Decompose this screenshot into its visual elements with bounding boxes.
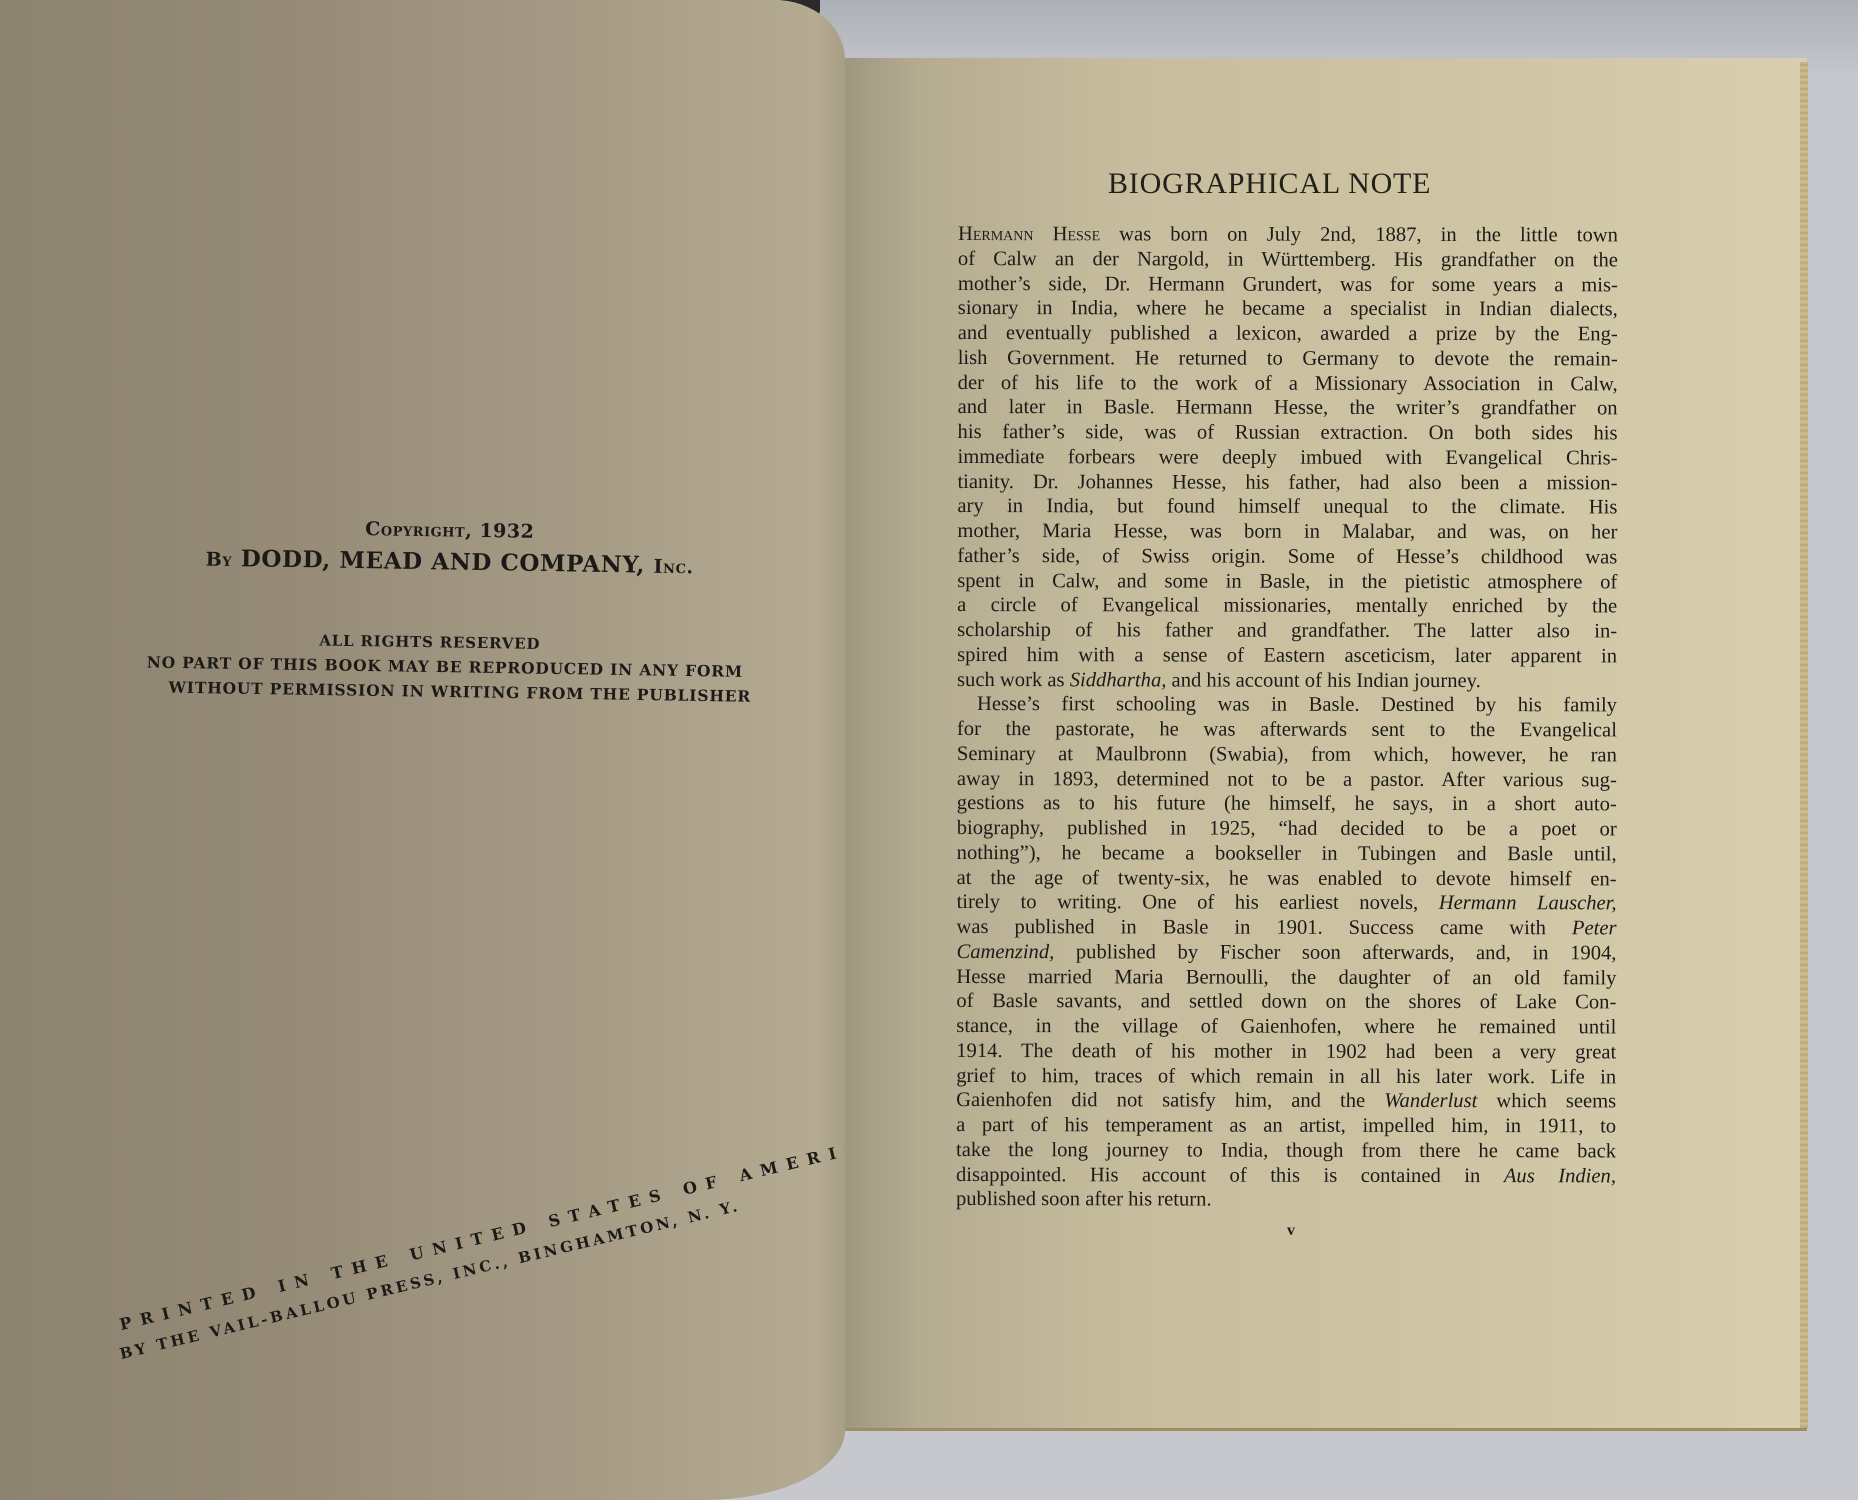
biographical-note-body: Hermann Hesse was born on July 2nd, 1887…	[956, 222, 1618, 1213]
text-line: lish Government. He returned to Germany …	[958, 346, 1618, 372]
copyright-line: Copyright, 1932	[100, 514, 800, 547]
text-line: and later in Basle. Hermann Hesse, the w…	[958, 395, 1618, 421]
italic-title: Peter	[1572, 917, 1617, 939]
italic-title: Siddhartha,	[1070, 669, 1167, 691]
text-line: nothing”), he became a bookseller in Tub…	[957, 841, 1617, 867]
rights-notice-line-2: WITHOUT PERMISSION IN WRITING FROM THE P…	[130, 677, 790, 706]
text-line: a part of his temperament as an artist, …	[956, 1113, 1616, 1139]
text-line: spent in Calw, and some in Basle, in the…	[957, 568, 1617, 594]
publisher-prefix: By	[206, 549, 233, 571]
text-line: der of his life to the work of a Mission…	[958, 370, 1618, 396]
text-line: and eventually published a lexicon, awar…	[958, 321, 1618, 347]
text-line: mother’s side, Dr. Hermann Grundert, was…	[958, 271, 1618, 297]
text-line: disappointed. His account of this is con…	[956, 1162, 1616, 1188]
text-line: stance, in the village of Gaienhofen, wh…	[956, 1014, 1616, 1040]
printer-line: BY THE VAIL-BALLOU PRESS, INC., BINGHAMT…	[118, 1197, 742, 1363]
text-line: gestions as to his future (he himself, h…	[957, 791, 1617, 817]
text-line: sionary in India, where he became a spec…	[958, 296, 1618, 322]
page-bottom-edge	[845, 1428, 1807, 1431]
italic-title: Camenzind,	[956, 941, 1054, 963]
author-name-smallcaps: Hermann Hesse	[958, 223, 1100, 245]
publisher-suffix: Inc.	[653, 556, 693, 579]
text-line: tirely to writing. One of his earliest n…	[957, 890, 1617, 916]
italic-title: Hermann Lauscher,	[1439, 892, 1617, 914]
text-line: grief to him, traces of which remain in …	[956, 1063, 1616, 1089]
text-line: tianity. Dr. Johannes Hesse, his father,…	[957, 469, 1617, 495]
page-title: BIOGRAPHICAL NOTE	[1108, 167, 1468, 201]
text-line: his father’s side, was of Russian extrac…	[958, 420, 1618, 446]
text-line: away in 1893, determined not to be a pas…	[957, 766, 1617, 792]
printed-in-line: PRINTED IN THE UNITED STATES OF AMERICA	[118, 1131, 845, 1334]
text-line: 1914. The death of his mother in 1902 ha…	[956, 1039, 1616, 1065]
text-line: a circle of Evangelical missionaries, me…	[957, 593, 1617, 619]
publisher-name: DODD, MEAD AND COMPANY,	[241, 545, 646, 578]
text-line: for the pastorate, he was afterwards sen…	[957, 717, 1617, 743]
rights-reserved: ALL RIGHTS RESERVED	[100, 628, 760, 656]
text-line: Hesse married Maria Bernoulli, the daugh…	[956, 964, 1616, 990]
text-line: mother, Maria Hesse, was born in Malabar…	[957, 519, 1617, 545]
text-line: Gaienhofen did not satisfy him, and the …	[956, 1088, 1616, 1114]
italic-title: Wanderlust	[1384, 1090, 1477, 1112]
text-line: Seminary at Maulbronn (Swabia), from whi…	[957, 742, 1617, 768]
text-line: scholarship of his father and grandfathe…	[957, 618, 1617, 644]
page-number: v	[1287, 1222, 1295, 1240]
text-line: father’s side, of Swiss origin. Some of …	[957, 544, 1617, 570]
text-line: at the age of twenty-six, he was enabled…	[957, 865, 1617, 891]
italic-title: Aus Indien,	[1504, 1165, 1616, 1187]
text-line: of Basle savants, and settled down on th…	[956, 989, 1616, 1015]
text-line: such work as Siddhartha, and his account…	[957, 667, 1617, 693]
text-line: Hesse’s first schooling was in Basle. De…	[957, 692, 1617, 718]
text-line: published soon after his return.	[956, 1187, 1616, 1213]
left-page-copyright: Copyright, 1932 By DODD, MEAD AND COMPAN…	[0, 0, 845, 1500]
deckled-page-edge	[1800, 62, 1808, 1428]
text-line: take the long journey to India, though f…	[956, 1138, 1616, 1164]
text-line: biography, published in 1925, “had decid…	[957, 816, 1617, 842]
text-line: spired him with a sense of Eastern ascet…	[957, 643, 1617, 669]
publisher-line: By DODD, MEAD AND COMPANY, Inc.	[100, 543, 800, 581]
text-line: ary in India, but found himself unequal …	[957, 494, 1617, 520]
text-line: Camenzind, published by Fischer soon aft…	[956, 940, 1616, 966]
text-line: was published in Basle in 1901. Success …	[956, 915, 1616, 941]
rights-notice-line-1: NO PART OF THIS BOOK MAY BE REPRODUCED I…	[115, 652, 775, 681]
text-line: immediate forbears were deeply imbued wi…	[957, 445, 1617, 471]
text-line: of Calw an der Nargold, in Württemberg. …	[958, 247, 1618, 273]
text-line: Hermann Hesse was born on July 2nd, 1887…	[958, 222, 1618, 248]
